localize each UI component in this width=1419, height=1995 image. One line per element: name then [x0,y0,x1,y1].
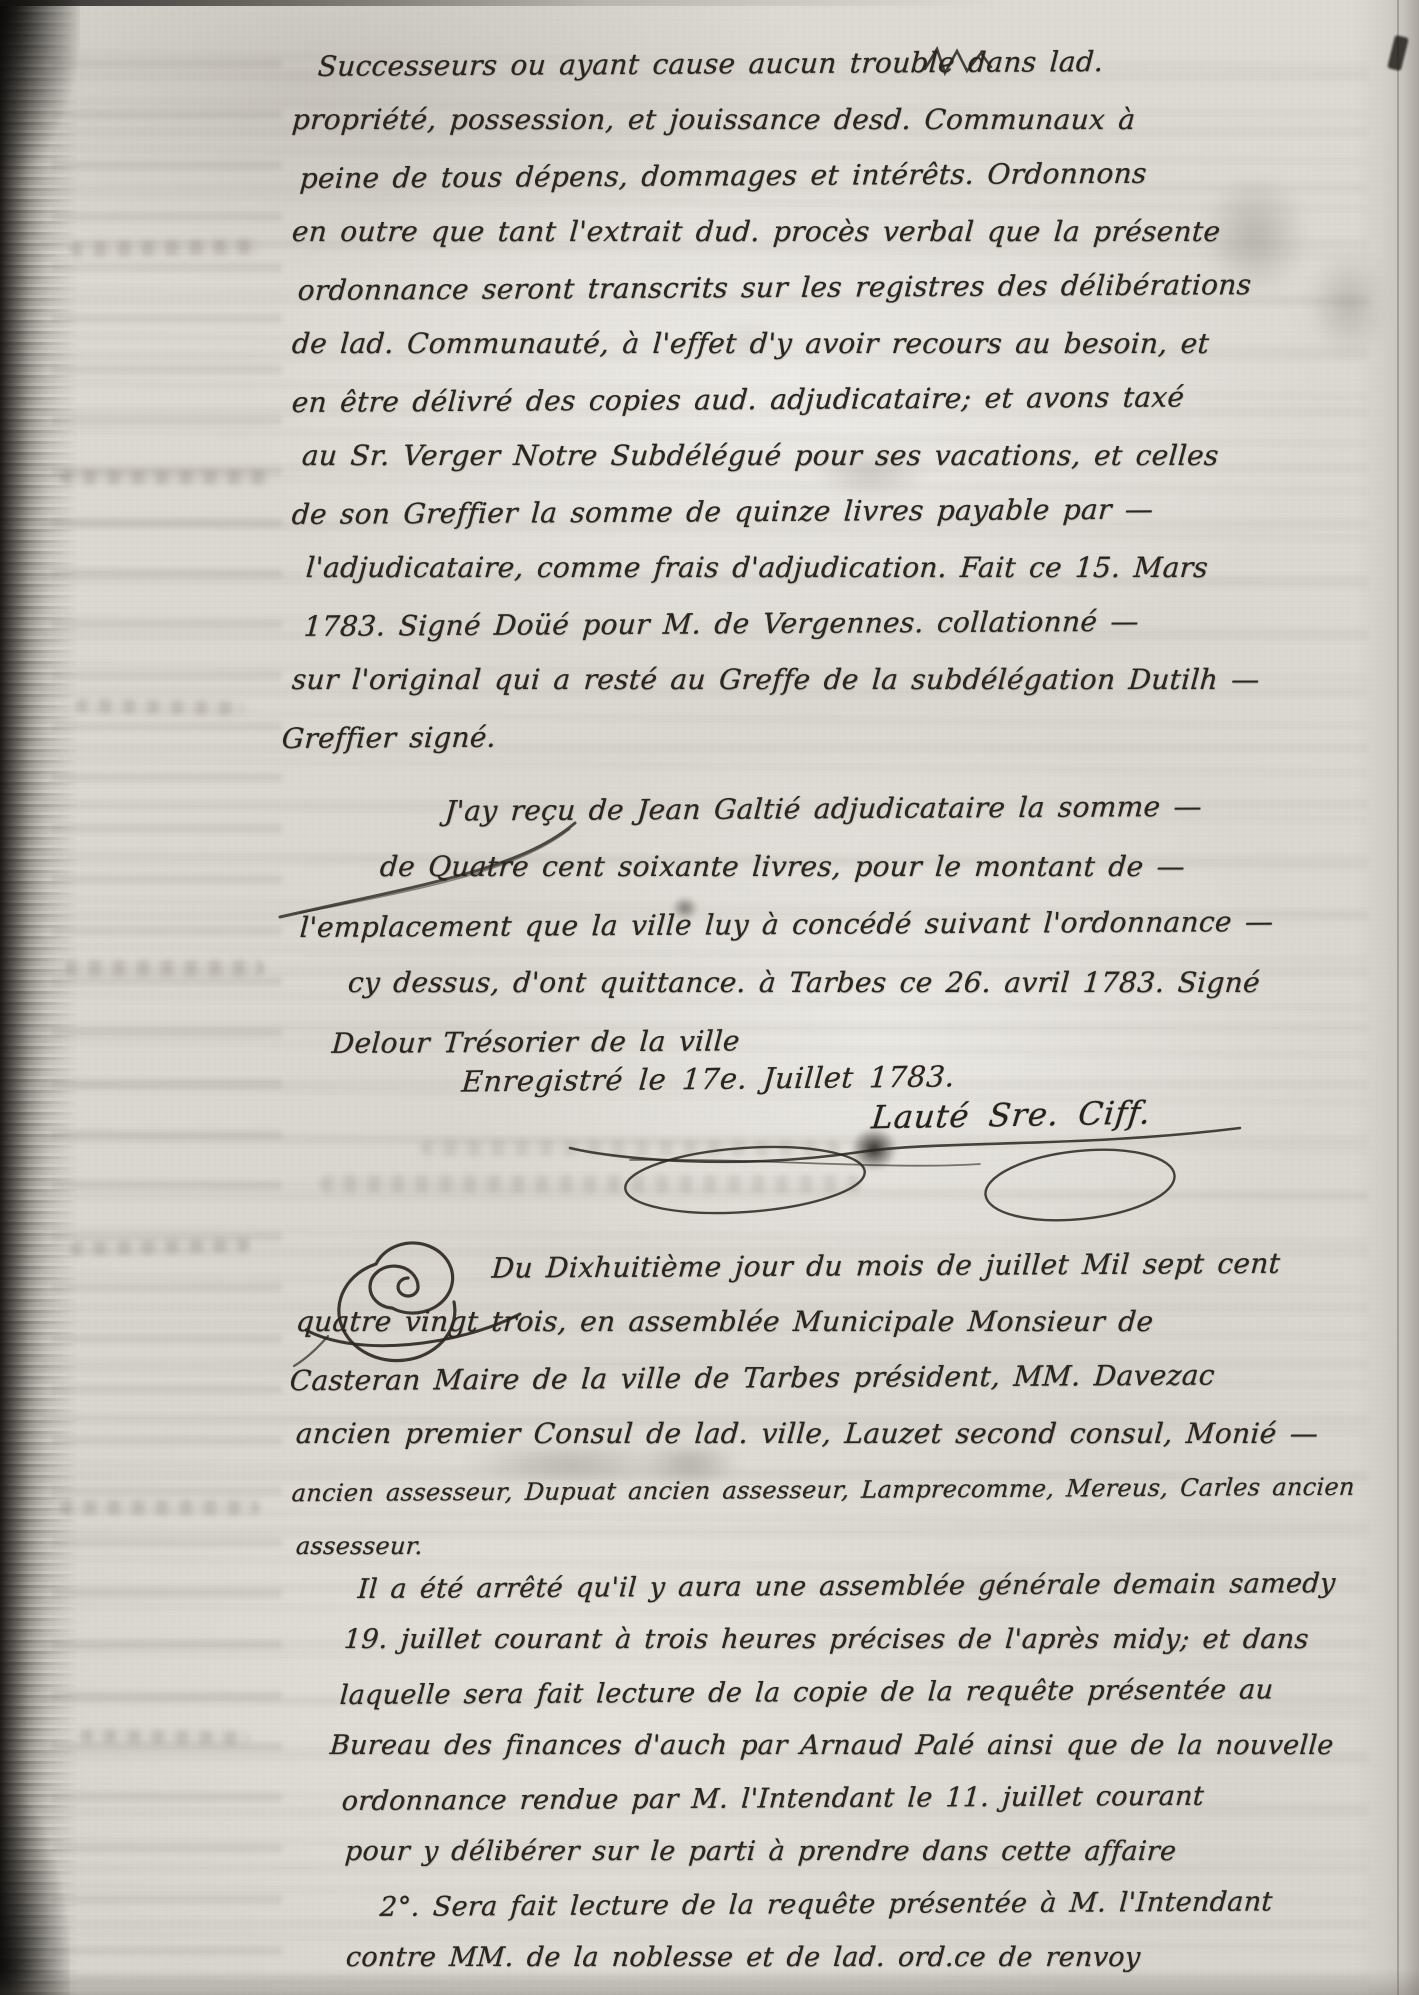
manuscript-line: au Sr. Verger Notre Subdélégué pour ses … [300,428,1262,484]
page-edge-line [1397,0,1399,1995]
page-corner-shadow [0,1795,70,1995]
bleedthrough-mark [420,1140,840,1156]
manuscript-line: Successeurs ou ayant cause aucun trouble… [316,33,1262,95]
manuscript-line: de lad. Communauté, à l'effet d'y avoir … [290,316,1262,372]
manuscript-line: propriété, possession, et jouissance des… [290,92,1262,148]
manuscript-line: ancien premier Consul de lad. ville, Lau… [294,1406,1356,1462]
paragraph-assembly: Du Dixhuitième jour du mois de juillet M… [296,1238,1355,1574]
manuscript-line: Casteran Maire de la ville de Tarbes pré… [288,1347,1357,1410]
bleedthrough-mark [60,1500,260,1515]
bleedthrough-mark [70,238,260,257]
page-corner-shadow [0,0,80,170]
manuscript-line: pour y délibérer sur le parti à prendre … [343,1825,1337,1878]
manuscript-line: en outre que tant l'extrait dud. procès … [290,204,1262,260]
paragraph-ordinance: Successeurs ou ayant cause aucun trouble… [292,36,1260,764]
manuscript-line: de Quatre cent soixante livres, pour le … [378,838,1275,896]
manuscript-line: l'emplacement que la ville luy à concédé… [298,893,1275,957]
signature-text: Lauté Sre. Ciff. [870,1094,1153,1137]
manuscript-line: Bureau des finances d'auch par Arnaud Pa… [328,1719,1337,1772]
manuscript-line: 2°. Sera fait lecture de la requête prés… [378,1875,1337,1934]
bleedthrough-mark [60,470,270,485]
manuscript-line: Il a été arrêté qu'il y aura une assembl… [356,1557,1337,1616]
manuscript-line: ordonnance rendue par M. l'Intendant le … [340,1769,1337,1828]
page-edge-shadow [0,0,993,6]
bleedthrough-mark [65,960,265,976]
manuscript-line: laquelle sera fait lecture de la copie d… [338,1663,1337,1722]
manuscript-line: Greffier signé. [280,705,1262,767]
bleedthrough-mark [320,1175,860,1193]
manuscript-line: ordonnance seront transcrits sur les reg… [296,257,1262,319]
manuscript-line: peine de tous dépens, dommages et intérê… [298,145,1262,207]
manuscript-line: 19. juillet courant à trois heures préci… [342,1613,1337,1666]
paragraph-receipt: J'ay reçu de Jean Galtié adjudicataire l… [290,780,1273,1070]
bleedthrough-mark [75,699,245,716]
paragraph-resolution: Il a été arrêté qu'il y aura une assembl… [300,1560,1335,1984]
ink-mark [1387,35,1409,71]
manuscript-line: 1783. Signé Doüé pour M. de Vergennes. c… [302,593,1262,655]
registration-line: Enregistré le 17e. Juillet 1783. [460,1059,956,1098]
manuscript-line: sur l'original qui a resté au Greffe de … [290,652,1262,708]
manuscript-page: Successeurs ou ayant cause aucun trouble… [0,0,1419,1995]
bleedthrough-mark [80,1729,250,1745]
manuscript-line: de son Greffier la somme de quinze livre… [290,481,1262,543]
manuscript-line: J'ay reçu de Jean Galtié adjudicataire l… [443,777,1275,840]
manuscript-line: l'adjudicataire, comme frais d'adjudicat… [304,540,1262,596]
manuscript-line: cy dessus, d'ont quittance. à Tarbes ce … [346,954,1275,1012]
manuscript-line: quatre vingt trois, en assemblée Municip… [294,1294,1356,1350]
manuscript-line: ancien assesseur, Dupuat ancien assesseu… [290,1459,1357,1521]
manuscript-line: Du Dixhuitième jour du mois de juillet M… [490,1235,1356,1296]
bleedthrough-margin-column [52,60,282,1955]
manuscript-line: en être délivré des copies aud. adjudica… [290,369,1262,431]
page-edge-shadow [0,1969,1419,1995]
